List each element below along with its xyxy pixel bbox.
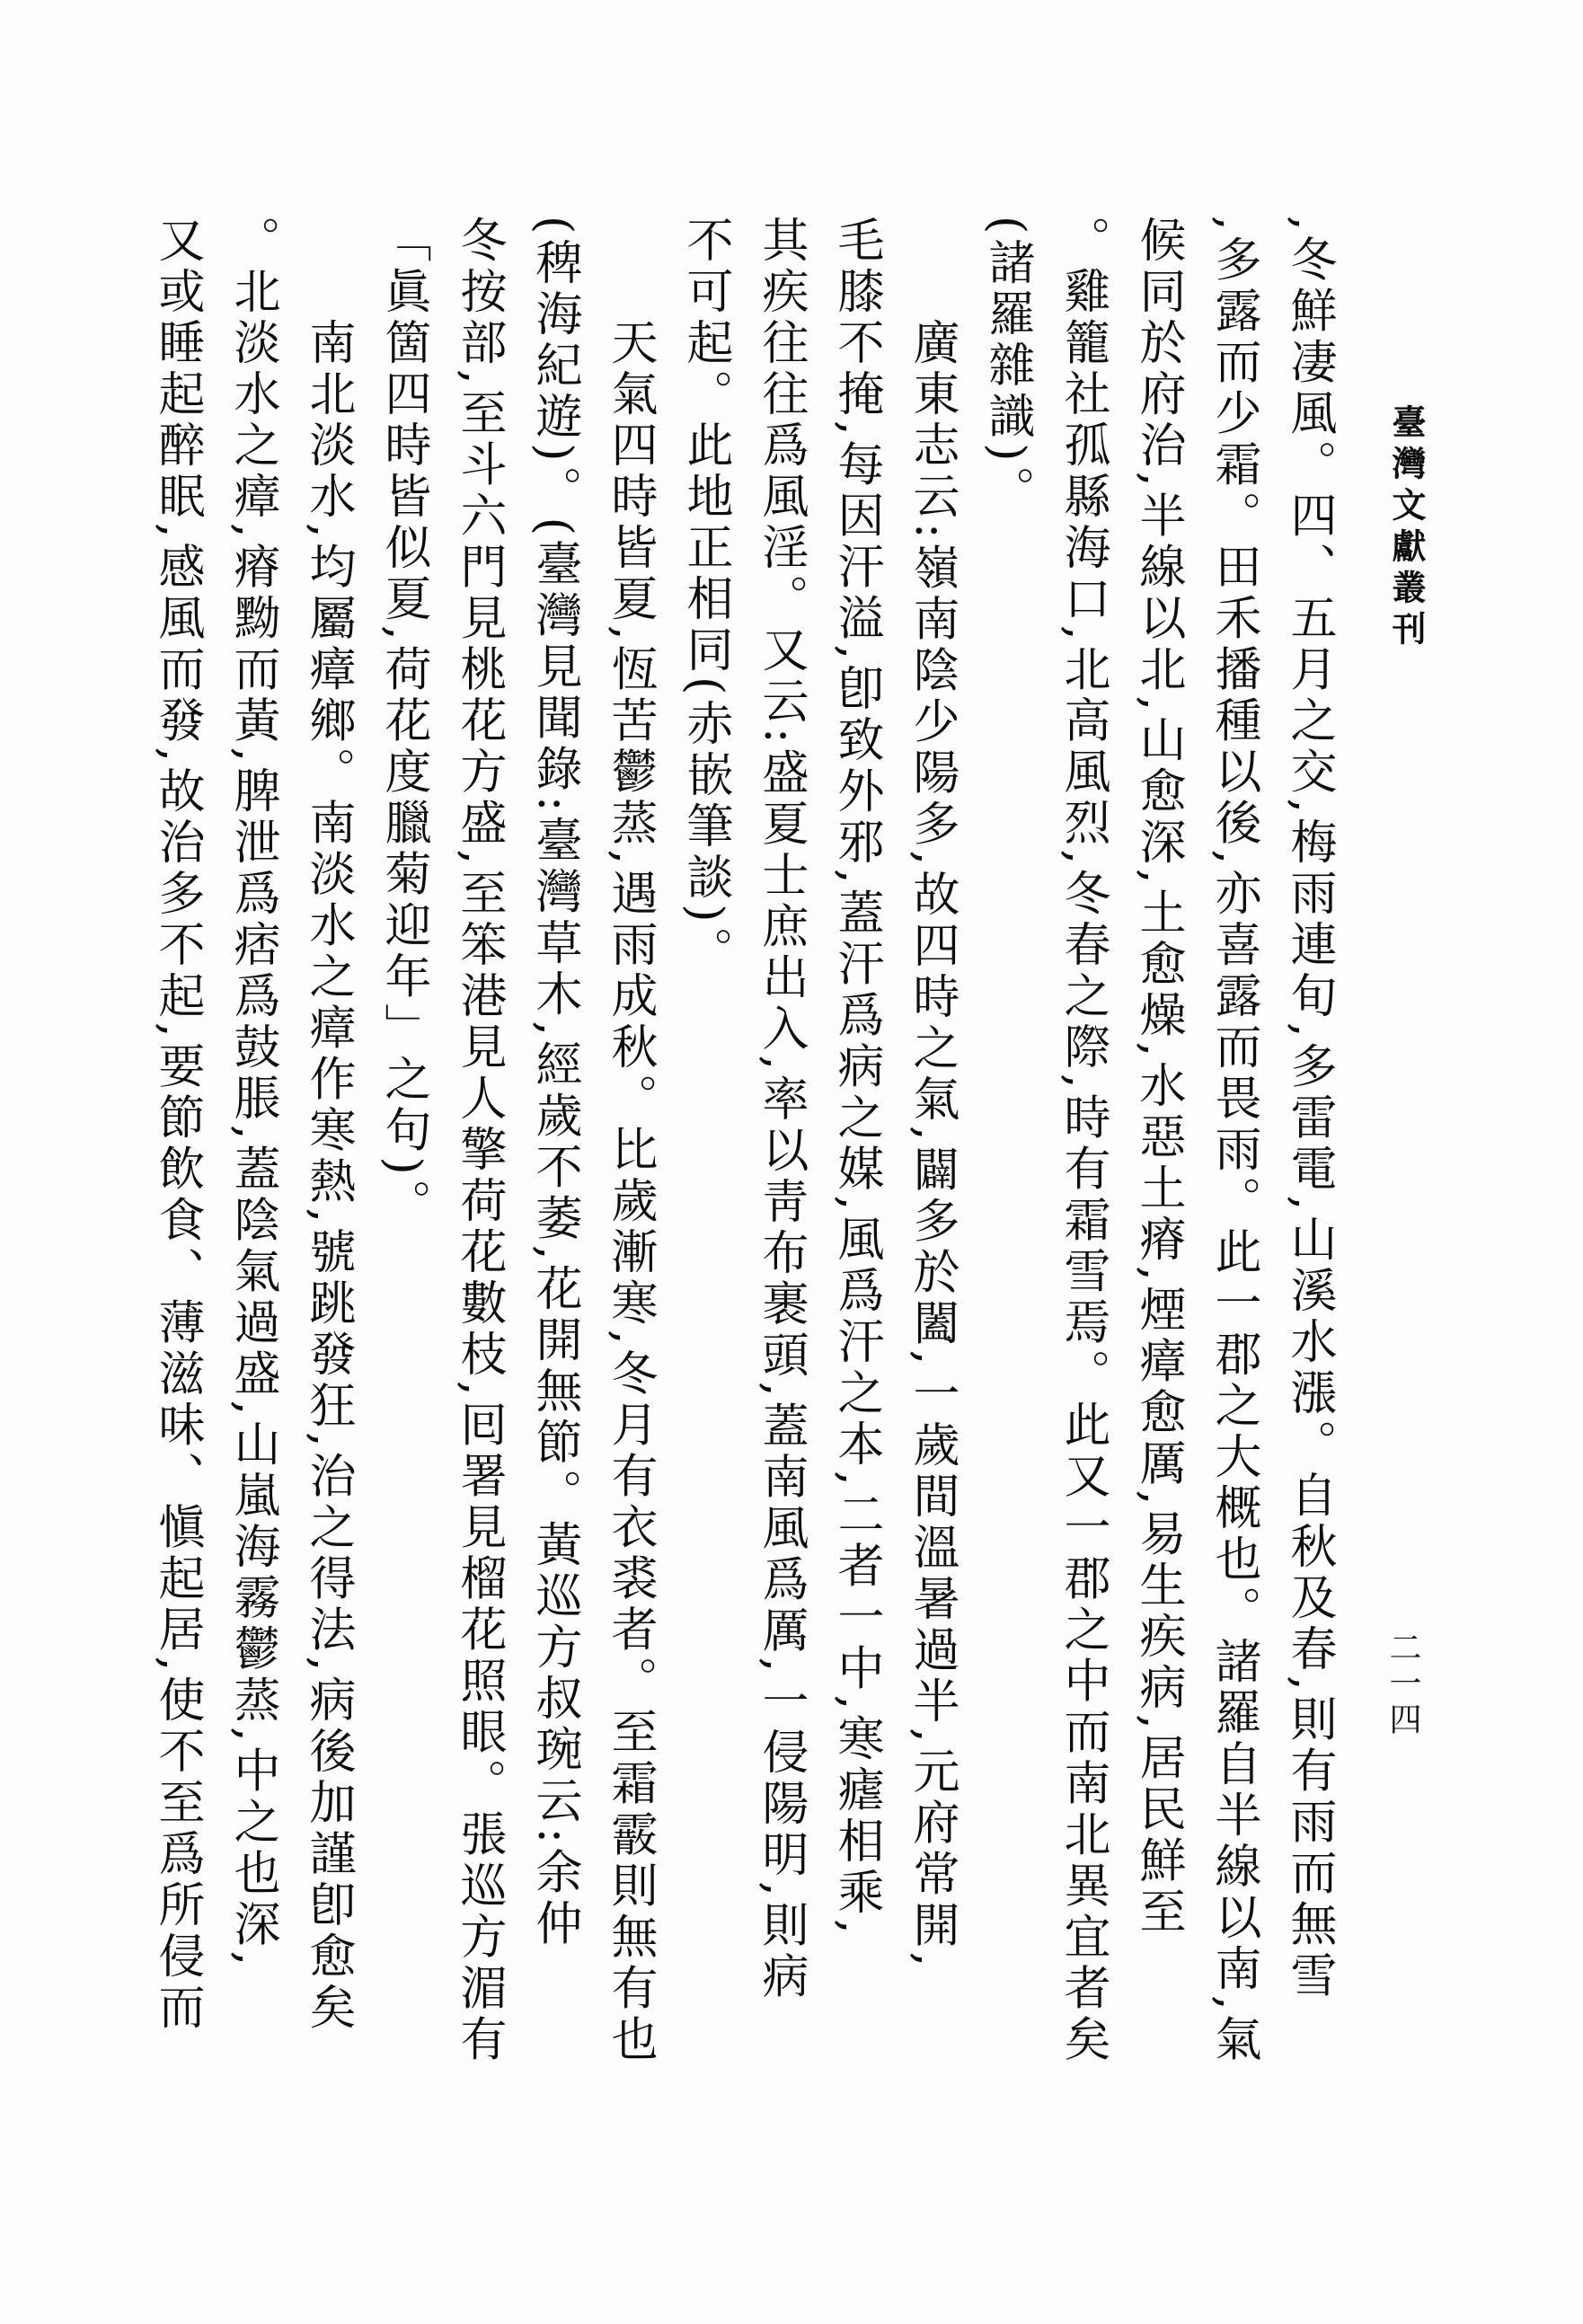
text-column: 廣東志云:嶺南陰少陽多,故四時之氣,闢多於闔,一歲間溫暑過半,元府常開, bbox=[894, 216, 969, 2161]
main-text-block: ,冬鮮凄風。四、五月之交,梅雨連旬,多雷電,山溪水漲。自秋及春,則有雨而無雪 ,… bbox=[139, 216, 1347, 2161]
text-column: ,冬鮮凄風。四、五月之交,梅雨連旬,多雷電,山溪水漲。自秋及春,則有雨而無雪 bbox=[1271, 216, 1347, 2161]
page-number: 二一四 bbox=[1378, 1630, 1427, 1738]
text-column: 冬按部,至斗六門見桃花方盛,至笨港見人擎荷花數枝,囘署見榴花照眼。張巡方湄有 bbox=[441, 216, 517, 2161]
text-column: 。雞籠社孤縣海口,北高風烈,冬春之際,時有霜雪焉。此又一郡之中而南北異宜者矣 bbox=[1045, 216, 1120, 2161]
text-column: 毛膝不掩,每因汗溢,卽致外邪,蓋汗爲病之媒,風爲汗之本,二者一中,寒瘧相乘, bbox=[818, 216, 894, 2161]
text-column: 又或睡起醉眠,感風而發,故治多不起,要節飲食、薄滋味、愼起居,使不至爲所侵而 bbox=[139, 216, 215, 2161]
running-head-series-title: 臺灣文獻叢刊 bbox=[1380, 404, 1432, 652]
text-column: ,多露而少霜。田禾播種以後,亦喜露而畏雨。此一郡之大概也。諸羅自半線以南,氣 bbox=[1196, 216, 1271, 2161]
text-column: 其疾往往爲風淫。又云:盛夏士庶出入,率以靑布裹頭,蓋南風爲厲,一侵陽明,則病 bbox=[743, 216, 818, 2161]
text-column: 南北淡水,均屬瘴鄉。南淡水之瘴作寒熱,號跳發狂,治之得法,病後加謹卽愈矣 bbox=[290, 216, 366, 2161]
text-column: (諸羅雜識)。 bbox=[969, 216, 1045, 2161]
text-column: 。北淡水之瘴,瘠黝而黃,脾泄爲痞爲鼓脹,蓋陰氣過盛,山嵐海霧鬱蒸,中之也深, bbox=[215, 216, 290, 2161]
book-page: 臺灣文獻叢刊 二一四 ,冬鮮凄風。四、五月之交,梅雨連旬,多雷電,山溪水漲。自秋… bbox=[0, 0, 1583, 2324]
text-column: 「眞箇四時皆似夏,荷花度臘菊迎年」之句)。 bbox=[366, 216, 441, 2161]
text-column: 不可起。此地正相同(赤嵌筆談)。 bbox=[668, 216, 743, 2161]
text-column: 天氣四時皆夏,恆苦鬱蒸,遇雨成秋。比歲漸寒,冬月有衣裘者。至霜霰則無有也 bbox=[592, 216, 668, 2161]
text-column: (稗海紀遊)。(臺灣見聞錄:臺灣草木,經歲不萎,花開無節。黃巡方叔琬云:余仲 bbox=[517, 216, 592, 2161]
text-column: 候同於府治,半線以北,山愈深,土愈燥,水惡土瘠,煙瘴愈厲,易生疾病,居民鮮至 bbox=[1120, 216, 1196, 2161]
